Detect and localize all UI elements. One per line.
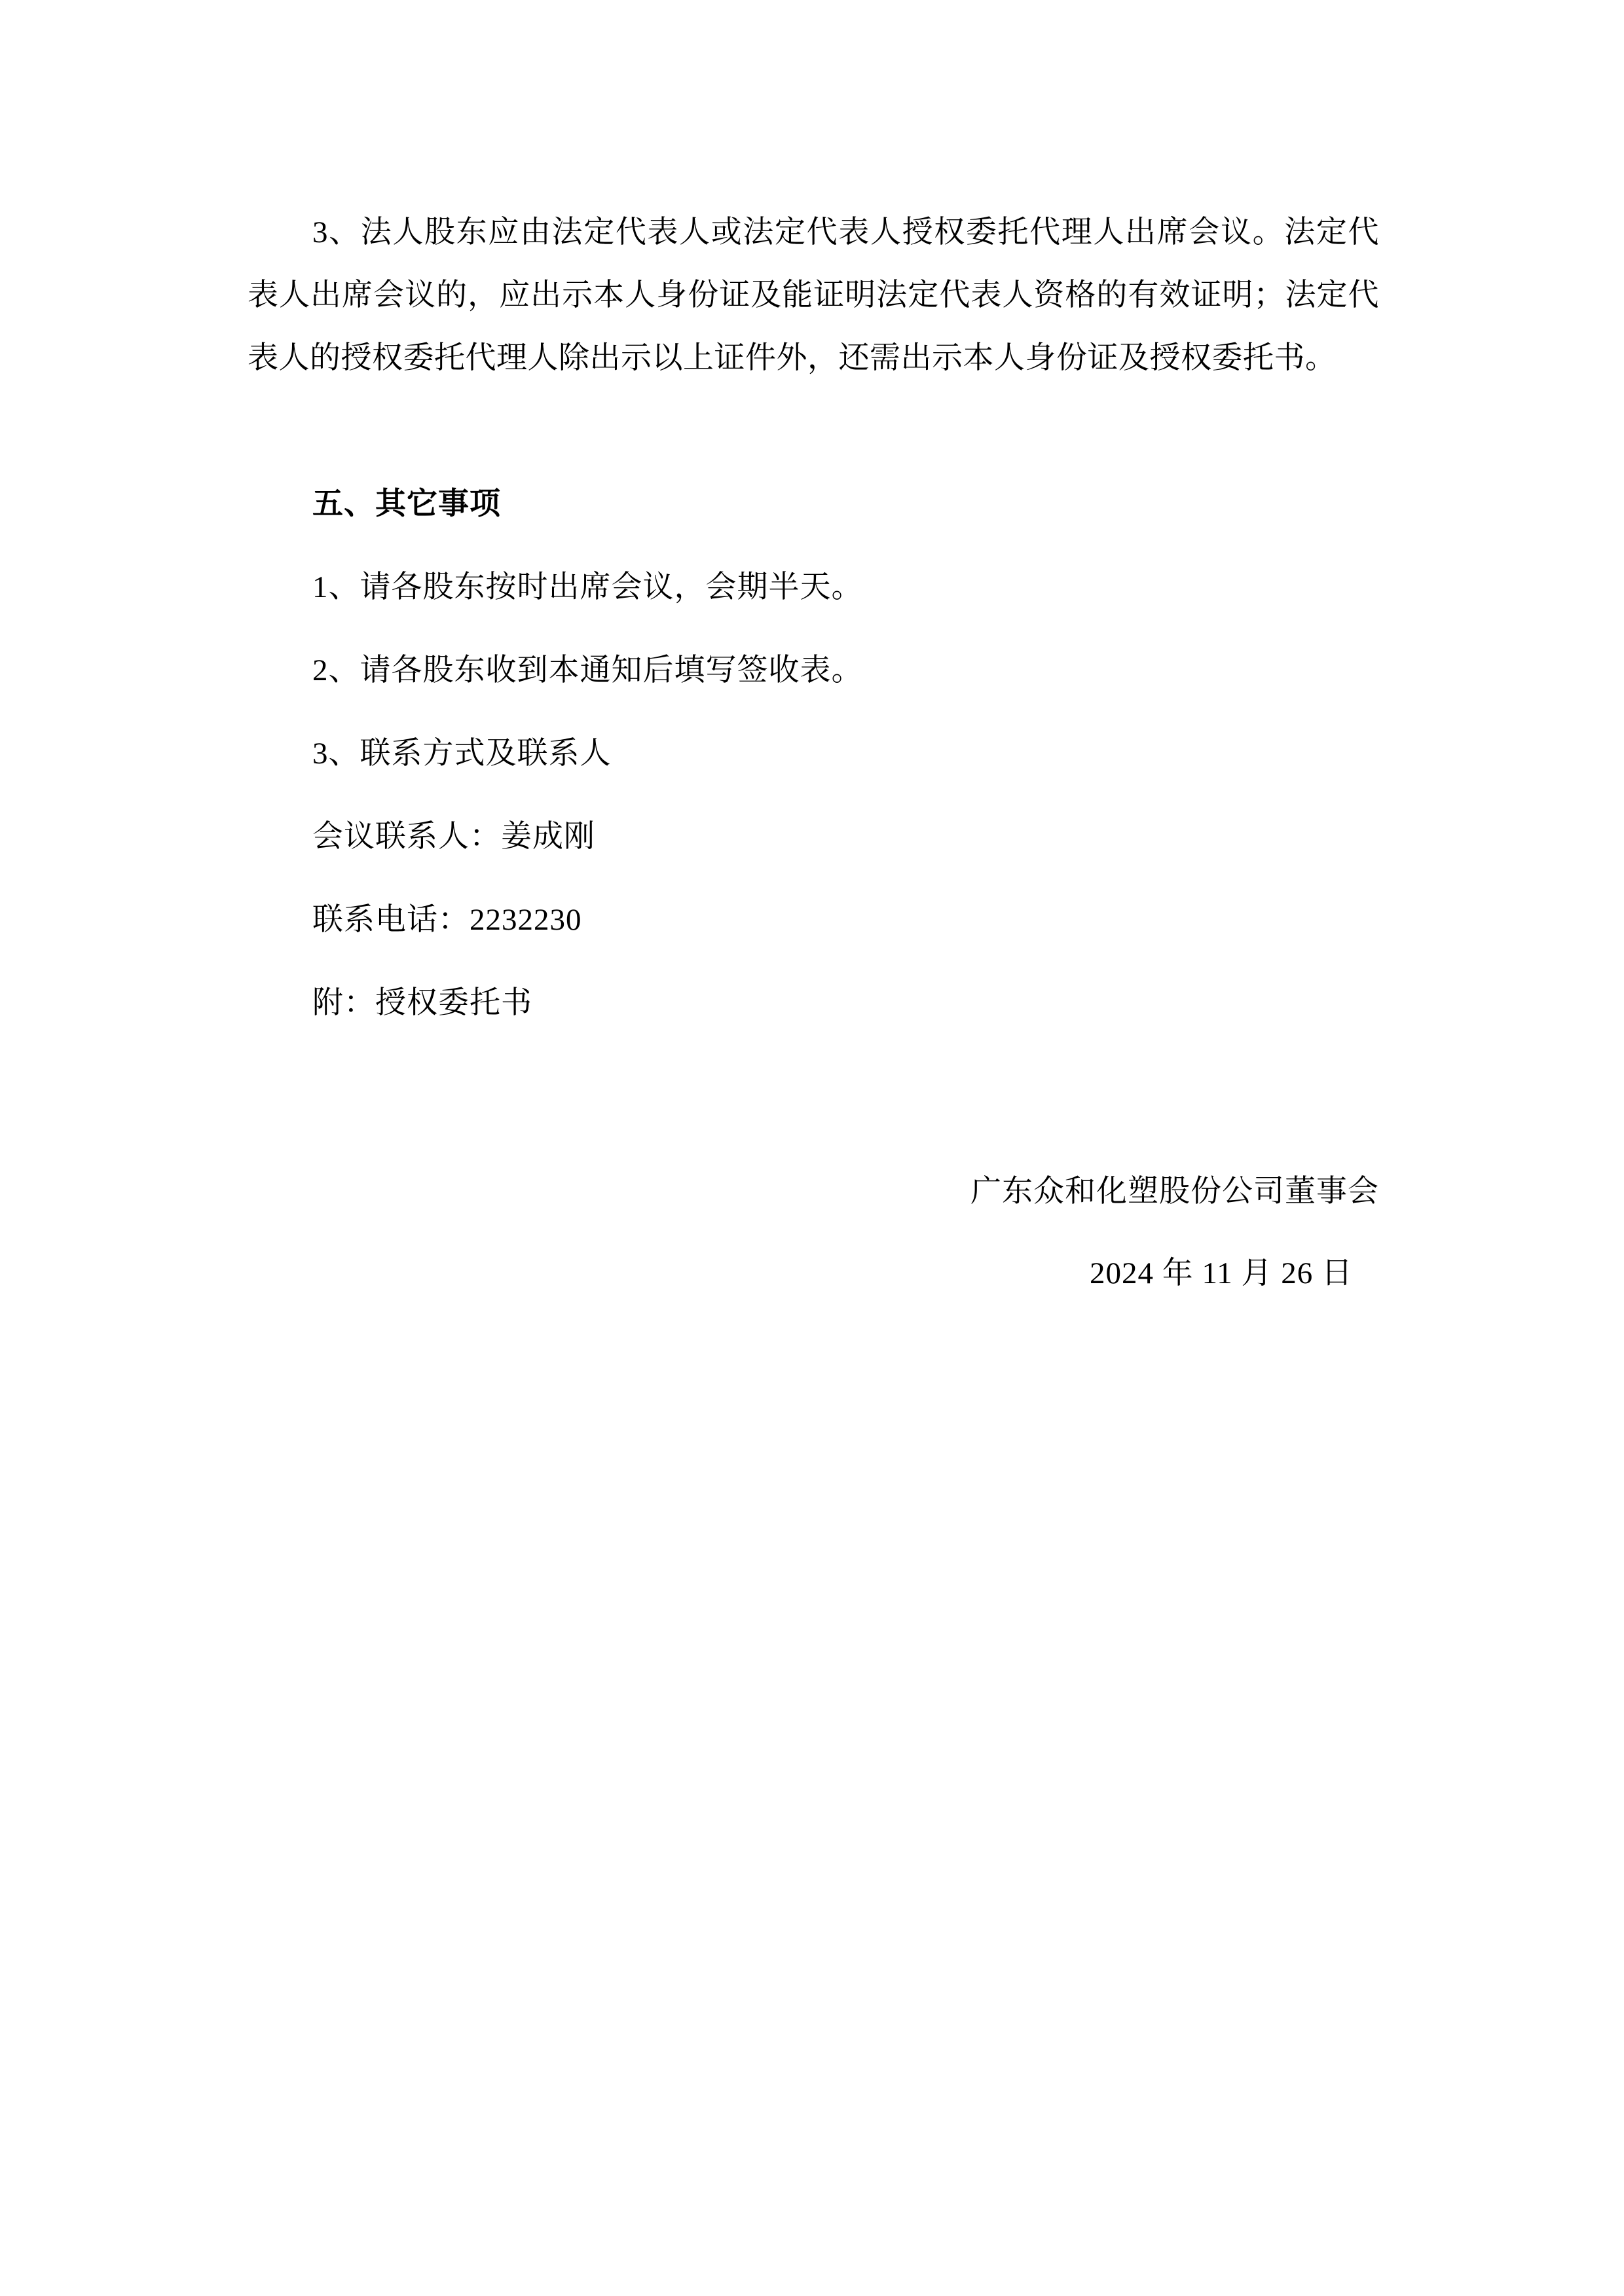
list-item-contact-info: 3、联系方式及联系人 — [312, 734, 612, 773]
contact-phone: 联系电话：2232230 — [312, 900, 582, 939]
signature-date: 2024 年 11 月 26 日 — [1090, 1254, 1353, 1293]
signature-organization: 广东众和化塑股份公司董事会 — [970, 1172, 1379, 1211]
list-item-sign-receipt: 2、请各股东收到本通知后填写签收表。 — [312, 651, 863, 690]
attachment-note: 附：授权委托书 — [312, 983, 532, 1023]
section-heading-other-matters: 五、其它事项 — [312, 484, 501, 524]
list-item-attendance-time: 1、请各股东按时出席会议，会期半天。 — [312, 568, 863, 607]
contact-person: 会议联系人：姜成刚 — [312, 817, 595, 856]
document-page: 3、法人股东应由法定代表人或法定代表人授权委托代理人出席会议。法定代表人出席会议… — [0, 0, 1624, 2296]
paragraph-legal-shareholder-attendance: 3、法人股东应由法定代表人或法定代表人授权委托代理人出席会议。法定代表人出席会议… — [248, 201, 1379, 390]
